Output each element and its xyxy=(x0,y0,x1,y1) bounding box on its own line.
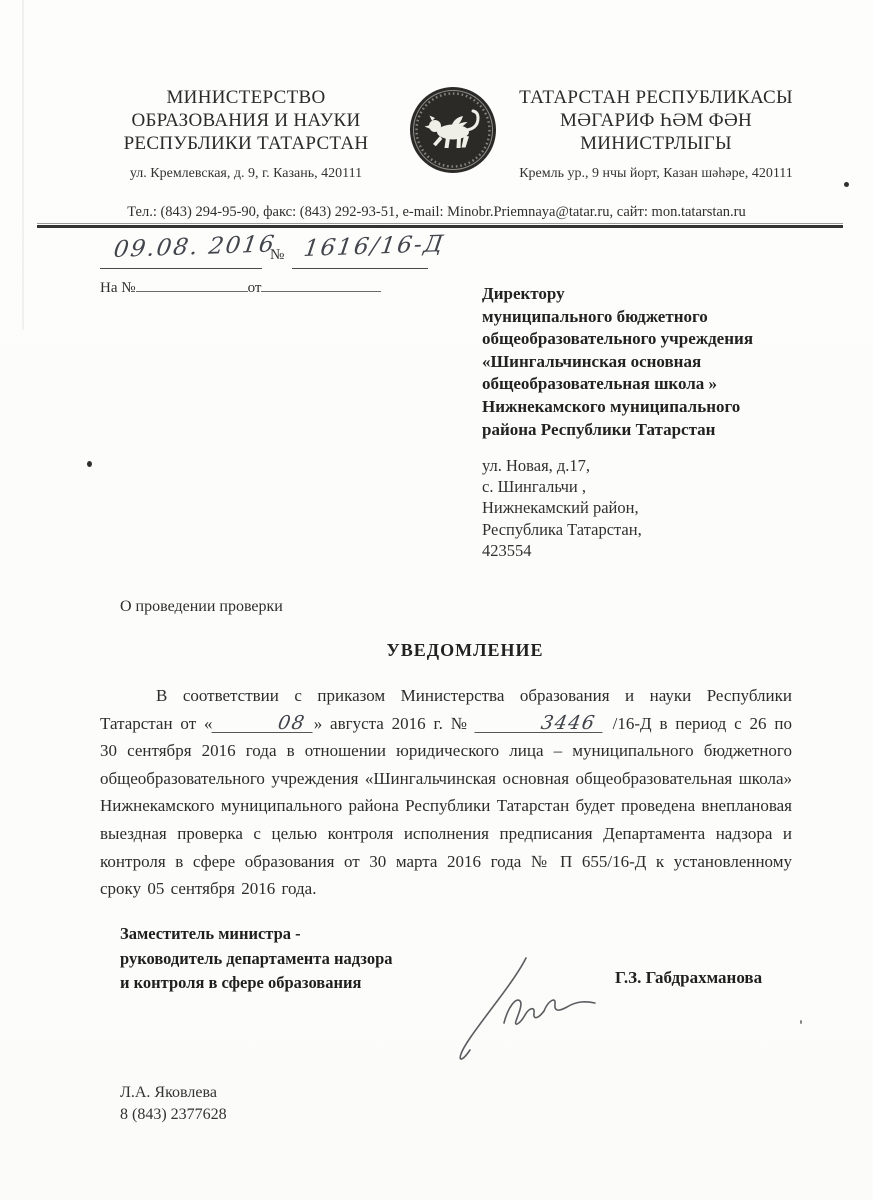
signer-position-line: руководитель департамента надзора xyxy=(120,947,480,972)
signature-stroke-svg xyxy=(452,928,622,1073)
signer-position-line: Заместитель министра - xyxy=(120,922,480,947)
outgoing-date-handwritten: 09.08. 2016 xyxy=(112,231,278,263)
header-divider xyxy=(37,223,843,228)
signer-position-line: и контроля в сфере образования xyxy=(120,971,480,996)
number-underline xyxy=(292,268,428,269)
executor-name: Л.А. Яковлева xyxy=(120,1082,227,1104)
scan-speck xyxy=(800,1020,802,1024)
postal-address-line: ул. Новая, д.17, xyxy=(482,455,802,476)
ministry-name-tat-line3: МИНИСТРЛЫГЫ xyxy=(508,132,804,155)
body-text-segment: » августа 2016 г. № xyxy=(314,714,477,733)
addressee-line: муниципального бюджетного xyxy=(482,306,812,329)
ministry-address-ru: ул. Кремлевская, д. 9, г. Казань, 420111 xyxy=(100,166,392,182)
reply-ot-label: от xyxy=(248,280,262,296)
ministry-name-tat-line2: МӘГАРИФ ҺӘМ ФӘН xyxy=(508,109,804,132)
handwritten-signature xyxy=(452,928,622,1073)
signer-position: Заместитель министра - руководитель депа… xyxy=(120,922,480,996)
addressee-line: общеобразовательного учреждения xyxy=(482,328,812,351)
outgoing-number-handwritten: 1616/16-Д xyxy=(302,231,446,262)
body-text-segment: /16-Д в период с 26 по 30 сентября 2016 … xyxy=(100,714,792,899)
addressee-line: Нижнекамского муниципального xyxy=(482,396,812,419)
body-paragraph: В соответствии с приказом Министерства о… xyxy=(100,682,792,903)
ak-bars-emblem-svg xyxy=(407,84,499,176)
reply-date-blank xyxy=(261,276,381,292)
addressee-line: общеобразовательная школа » xyxy=(482,373,812,396)
postal-address-line: Республика Татарстан, xyxy=(482,519,802,540)
ministry-name-tat-line1: ТАТАРСТАН РЕСПУБЛИКАСЫ xyxy=(508,86,804,109)
ministry-name-ru: МИНИСТЕРСТВО ОБРАЗОВАНИЯ И НАУКИ РЕСПУБЛ… xyxy=(100,86,392,155)
handwritten-day: 08 xyxy=(211,715,315,733)
document-title: УВЕДОМЛЕНИЕ xyxy=(120,640,810,661)
postal-address-line: 423554 xyxy=(482,540,802,561)
postal-address-line: Нижнекамский район, xyxy=(482,497,802,518)
scan-fold-line xyxy=(22,0,24,330)
reply-number-blank xyxy=(136,276,248,292)
ministry-name-ru-line1: МИНИСТЕРСТВО xyxy=(100,86,392,109)
addressee-line: «Шингальчинская основная xyxy=(482,351,812,374)
ministry-address-tat: Кремль ур., 9 нчы йорт, Казан шәһәре, 42… xyxy=(498,166,814,182)
addressee-line: района Республики Татарстан xyxy=(482,419,812,442)
postal-address-line: с. Шингальчи , xyxy=(482,476,802,497)
scan-speck xyxy=(844,182,849,187)
reply-na-label: На № xyxy=(100,280,136,296)
reply-reference-line: На №от xyxy=(100,276,381,297)
scanned-letter-page: МИНИСТЕРСТВО ОБРАЗОВАНИЯ И НАУКИ РЕСПУБЛ… xyxy=(0,0,873,1200)
addressee-block: Директору муниципального бюджетного обще… xyxy=(482,283,812,441)
tatarstan-emblem-icon xyxy=(407,84,499,176)
handwritten-order-number: 3446 xyxy=(475,715,607,733)
scan-speck xyxy=(87,461,92,467)
addressee-line: Директору xyxy=(482,283,812,306)
number-sign: № xyxy=(270,247,284,264)
ministry-name-tat: ТАТАРСТАН РЕСПУБЛИКАСЫ МӘГАРИФ ҺӘМ ФӘН М… xyxy=(508,86,804,155)
executor-phone: 8 (843) 2377628 xyxy=(120,1104,227,1126)
date-underline xyxy=(100,268,262,269)
contact-line: Тел.: (843) 294-95-90, факс: (843) 292-9… xyxy=(0,204,873,221)
addressee-postal-address: ул. Новая, д.17, с. Шингальчи , Нижнекам… xyxy=(482,455,802,561)
executor-block: Л.А. Яковлева 8 (843) 2377628 xyxy=(120,1082,227,1126)
ministry-name-ru-line3: РЕСПУБЛИКИ ТАТАРСТАН xyxy=(100,132,392,155)
subject-line: О проведении проверки xyxy=(120,598,283,616)
ministry-name-ru-line2: ОБРАЗОВАНИЯ И НАУКИ xyxy=(100,109,392,132)
signer-name: Г.З. Габдрахманова xyxy=(615,968,762,988)
